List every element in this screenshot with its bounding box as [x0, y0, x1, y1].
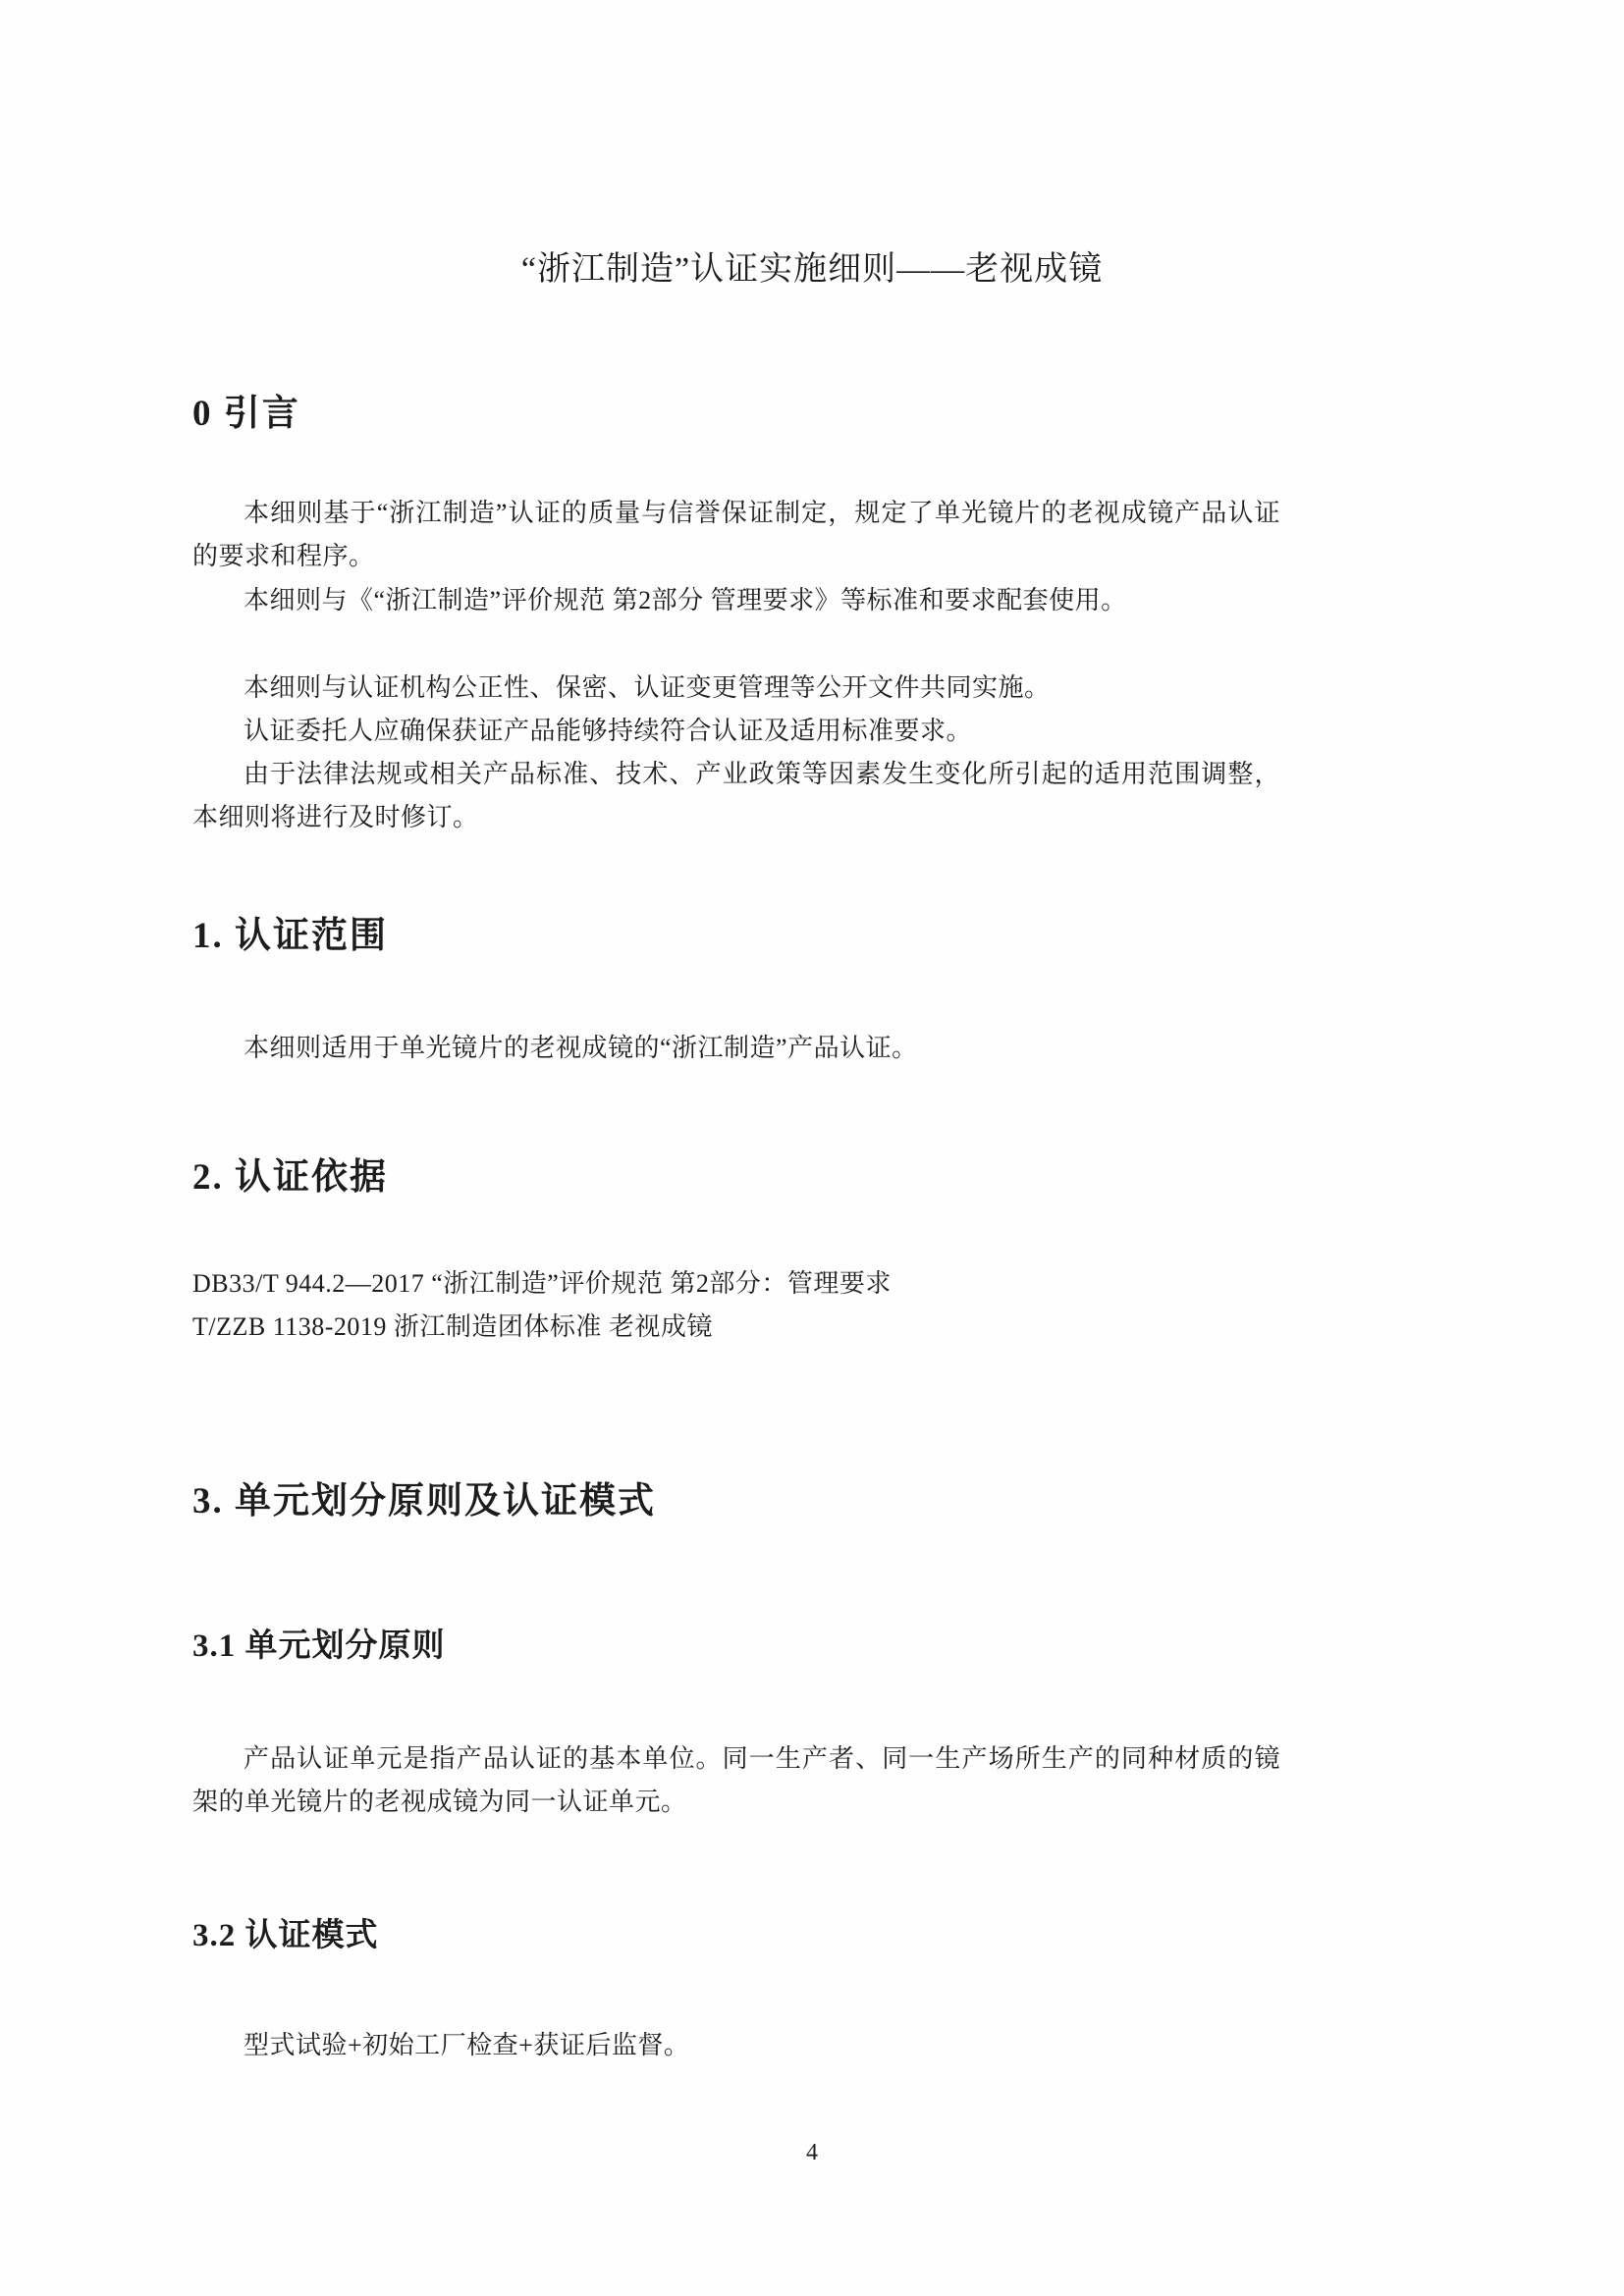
intro-paragraph-4: 认证委托人应确保获证产品能够持续符合认证及适用标准要求。 [192, 710, 1280, 753]
section-heading-basis: 2. 认证依据 [192, 1147, 1282, 1200]
intro-paragraph-5: 由于法律法规或相关产品标准、技术、产业政策等因素发生变化所引起的适用范围调整，本… [192, 753, 1280, 839]
page-number: 4 [0, 2140, 1624, 2166]
basis-standard-line-2: T/ZZB 1138-2019 浙江制造团体标准 老视成镜 [192, 1306, 1280, 1349]
certification-mode-paragraph: 型式试验+初始工厂检查+获证后监督。 [192, 2024, 1280, 2067]
section-heading-unit: 3. 单元划分原则及认证模式 [192, 1470, 1282, 1523]
intro-paragraph-3: 本细则与认证机构公正性、保密、认证变更管理等公开文件共同实施。 [192, 667, 1280, 710]
intro-paragraph-2: 本细则与《“浙江制造”评价规范 第2部分 管理要求》等标准和要求配套使用。 [192, 579, 1280, 622]
document-title: “浙江制造”认证实施细则——老视成镜 [0, 241, 1624, 290]
document-page: “浙江制造”认证实施细则——老视成镜 0 引言 本细则基于“浙江制造”认证的质量… [0, 0, 1624, 2296]
subsection-heading-certification-mode: 3.2 认证模式 [192, 1909, 1282, 1955]
basis-standard-line-1: DB33/T 944.2—2017 “浙江制造”评价规范 第2部分：管理要求 [192, 1262, 1280, 1306]
section-heading-scope: 1. 认证范围 [192, 905, 1282, 958]
scope-paragraph: 本细则适用于单光镜片的老视成镜的“浙江制造”产品认证。 [192, 1027, 1280, 1070]
unit-division-paragraph: 产品认证单元是指产品认证的基本单位。同一生产者、同一生产场所生产的同种材质的镜架… [192, 1737, 1280, 1824]
subsection-heading-unit-division: 3.1 单元划分原则 [192, 1620, 1282, 1666]
intro-paragraph-1: 本细则基于“浙江制造”认证的质量与信誉保证制定，规定了单光镜片的老视成镜产品认证… [192, 492, 1280, 578]
section-heading-intro: 0 引言 [192, 383, 1282, 436]
